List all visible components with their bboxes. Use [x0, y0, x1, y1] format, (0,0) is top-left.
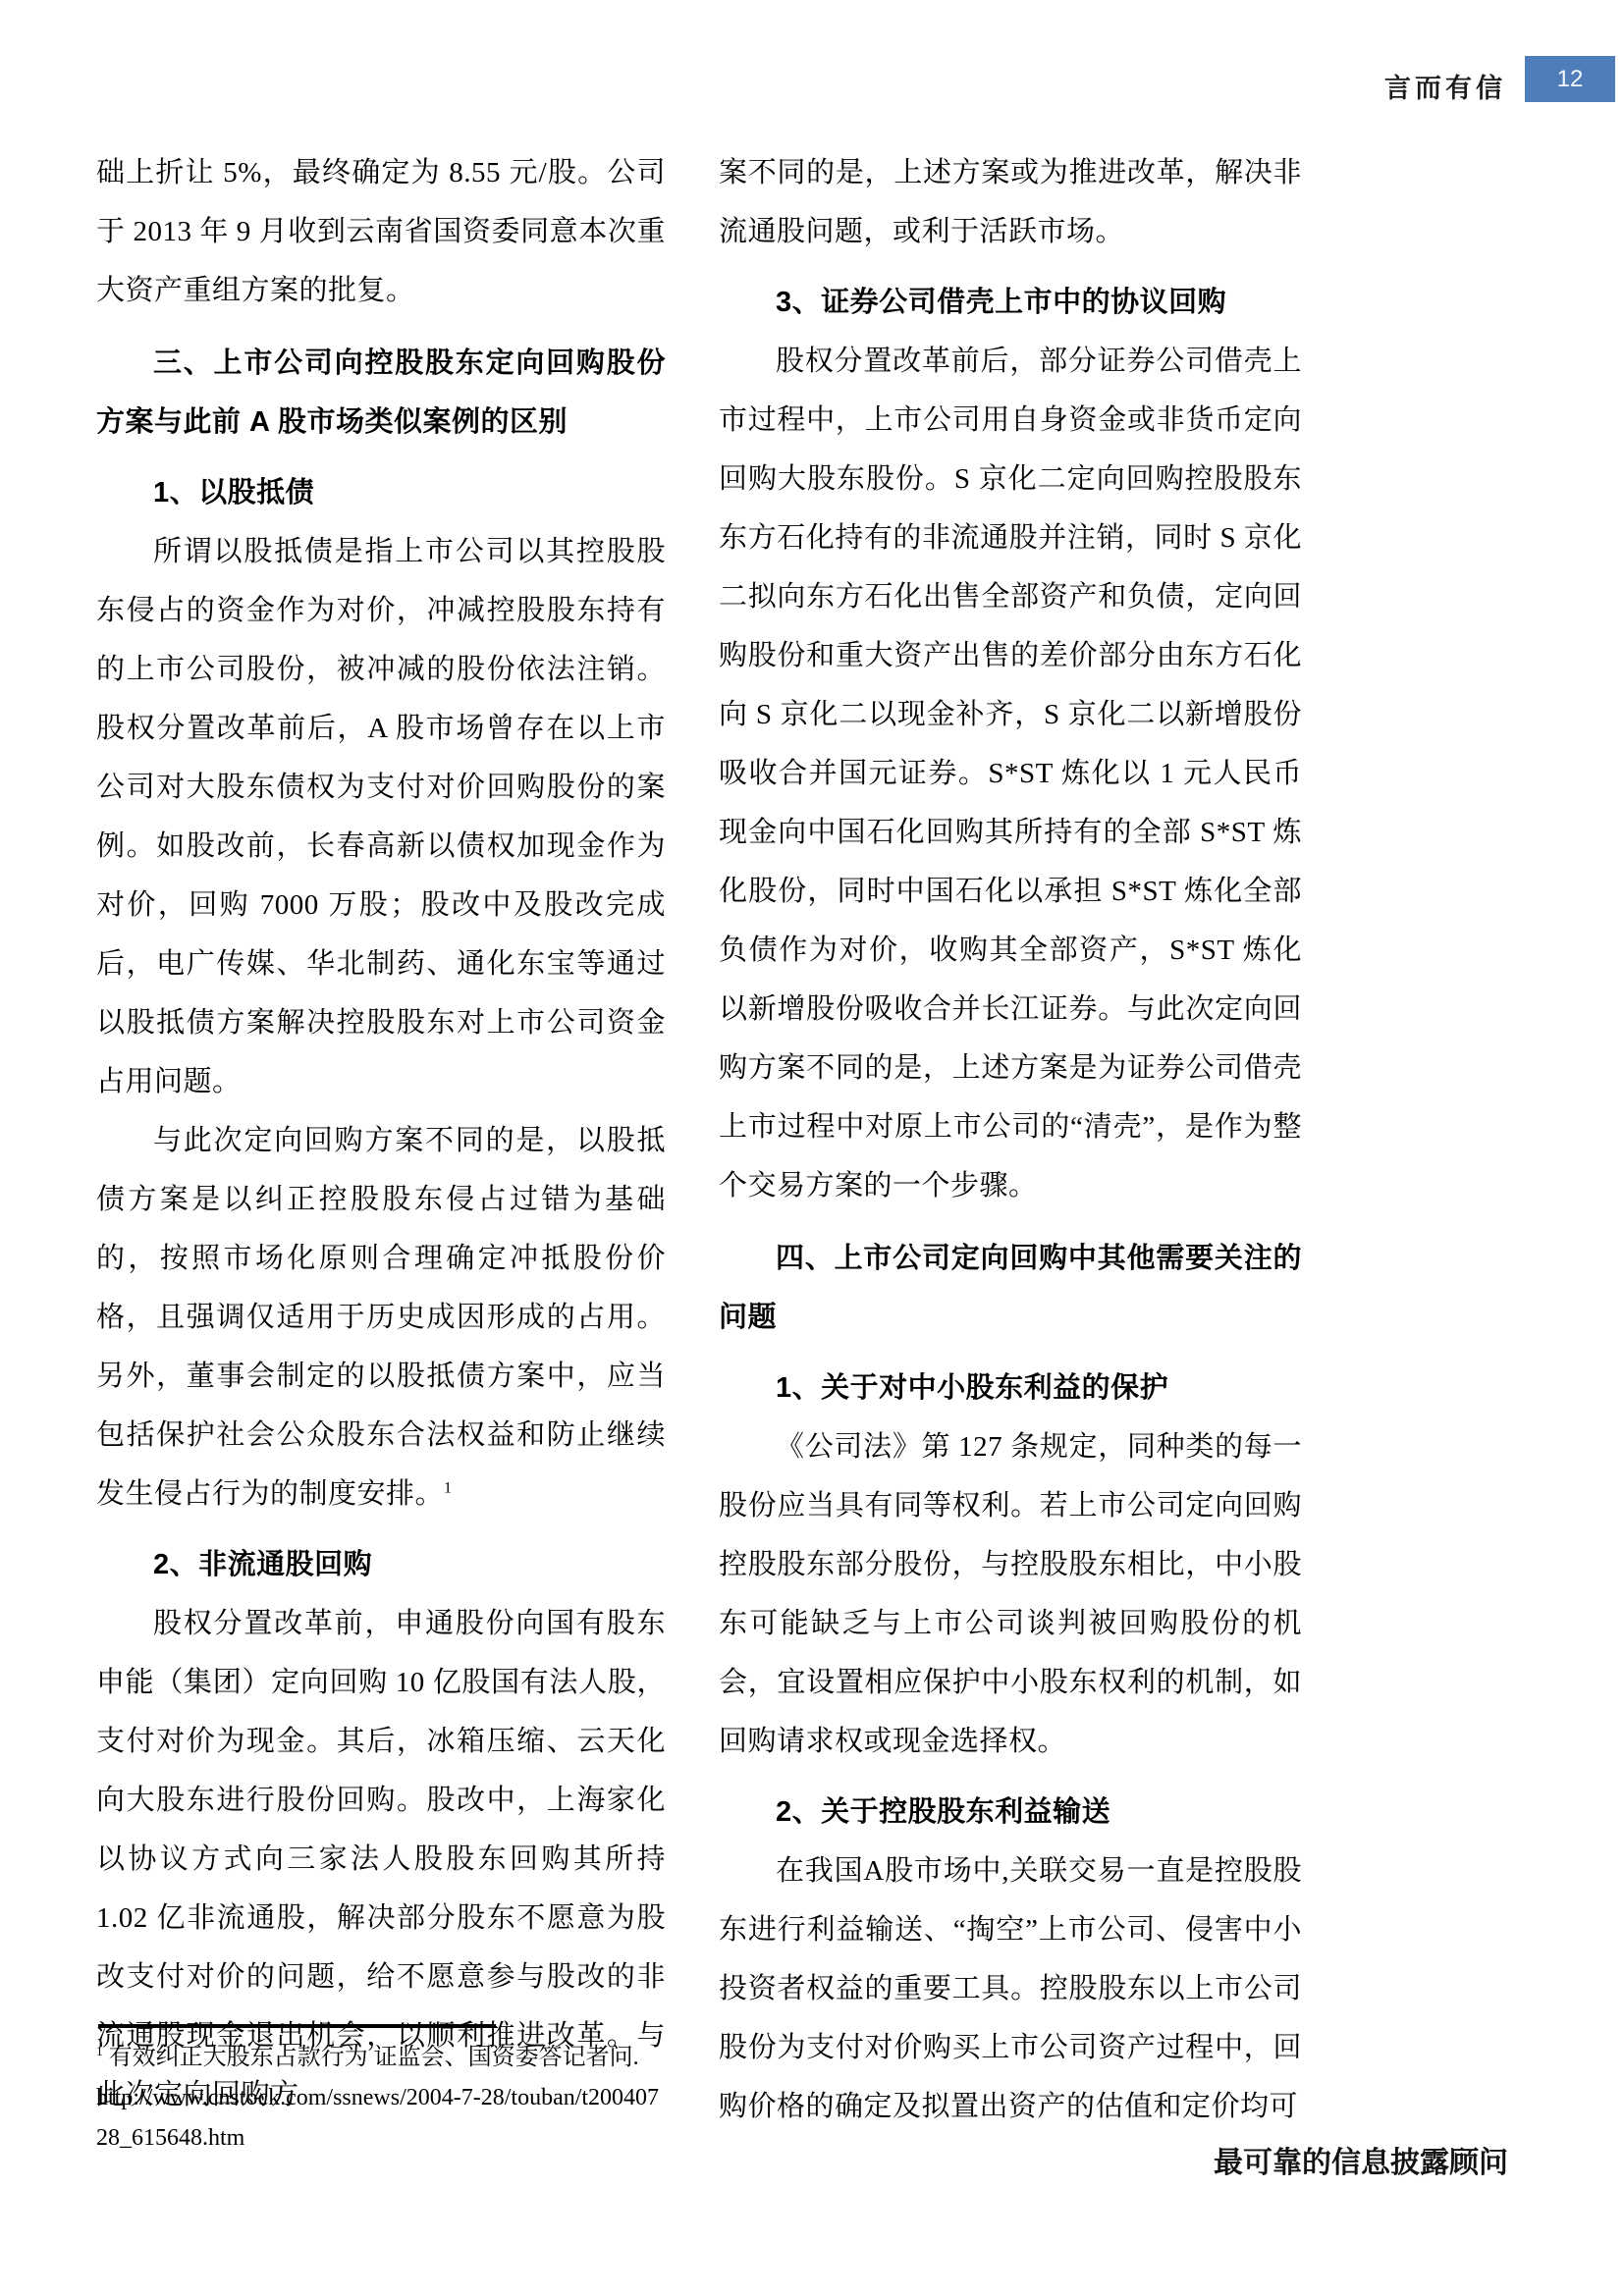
page-number: 12 — [1557, 66, 1584, 93]
footnote-text: 有效纠正大股东占款行为 证监会、国资委答记者问. — [109, 2045, 639, 2070]
para-approval-continuation: 础上折让 5%，最终确定为 8.55 元/股。公司于 2013 年 9 月收到云… — [96, 143, 666, 320]
heading-section-three: 三、上市公司向控股股东定向回购股份方案与此前 A 股市场类似案例的区别 — [96, 334, 666, 452]
footnote-url: http://www.cnstock.com/ssnews/2004-7-28/… — [96, 2078, 670, 2159]
para-text: 与此次定向回购方案不同的是，以股抵债方案是以纠正控股股东侵占过错为基础的，按照市… — [96, 1125, 666, 1510]
right-column: 案不同的是，上述方案或为推进改革，解决非流通股问题，或利于活跃市场。 3、证券公… — [719, 143, 1302, 2136]
footer-tagline: 最可靠的信息披露顾问 — [1214, 2138, 1508, 2181]
left-column: 础上折让 5%，最终确定为 8.55 元/股。公司于 2013 年 9 月收到云… — [96, 143, 666, 2124]
page-number-badge: 12 — [1525, 56, 1615, 102]
heading-sub-debt-for-shares: 1、以股抵债 — [96, 463, 666, 522]
para-brokerage-backdoor: 股权分置改革前后，部分证券公司借壳上市过程中，上市公司用自身资金或非货币定向回购… — [719, 332, 1302, 1215]
para-nontradable-continuation: 案不同的是，上述方案或为推进改革，解决非流通股问题，或利于活跃市场。 — [719, 143, 1302, 261]
heading-section-four: 四、上市公司定向回购中其他需要关注的问题 — [719, 1229, 1302, 1347]
heading-sub-minority-protection: 1、关于对中小股东利益的保护 — [719, 1359, 1302, 1417]
para-debt-for-shares-definition: 所谓以股抵债是指上市公司以其控股股东侵占的资金作为对价，冲减控股股东持有的上市公… — [96, 522, 666, 1111]
footnote-reference: 1 — [444, 1479, 452, 1496]
para-debt-for-shares-difference: 与此次定向回购方案不同的是，以股抵债方案是以纠正控股股东侵占过错为基础的，按照市… — [96, 1111, 666, 1523]
footnote-marker: 1 — [96, 2044, 103, 2058]
header-motto: 言而有信 — [1384, 67, 1506, 105]
heading-sub-nontradable-buyback: 2、非流通股回购 — [96, 1535, 666, 1594]
footnote: 1 有效纠正大股东占款行为 证监会、国资委答记者问. http://www.cn… — [96, 2038, 670, 2159]
para-minority-protection: 《公司法》第 127 条规定，同种类的每一股份应当具有同等权利。若上市公司定向回… — [719, 1417, 1302, 1771]
footnote-separator — [98, 2024, 496, 2028]
document-page: 言而有信 12 础上折让 5%，最终确定为 8.55 元/股。公司于 2013 … — [0, 0, 1624, 2296]
heading-sub-tunneling: 2、关于控股股东利益输送 — [719, 1783, 1302, 1842]
heading-sub-brokerage-backdoor: 3、证券公司借壳上市中的协议回购 — [719, 273, 1302, 332]
para-tunneling: 在我国A股市场中,关联交易一直是控股股东进行利益输送、“掏空”上市公司、侵害中小… — [719, 1842, 1302, 2136]
